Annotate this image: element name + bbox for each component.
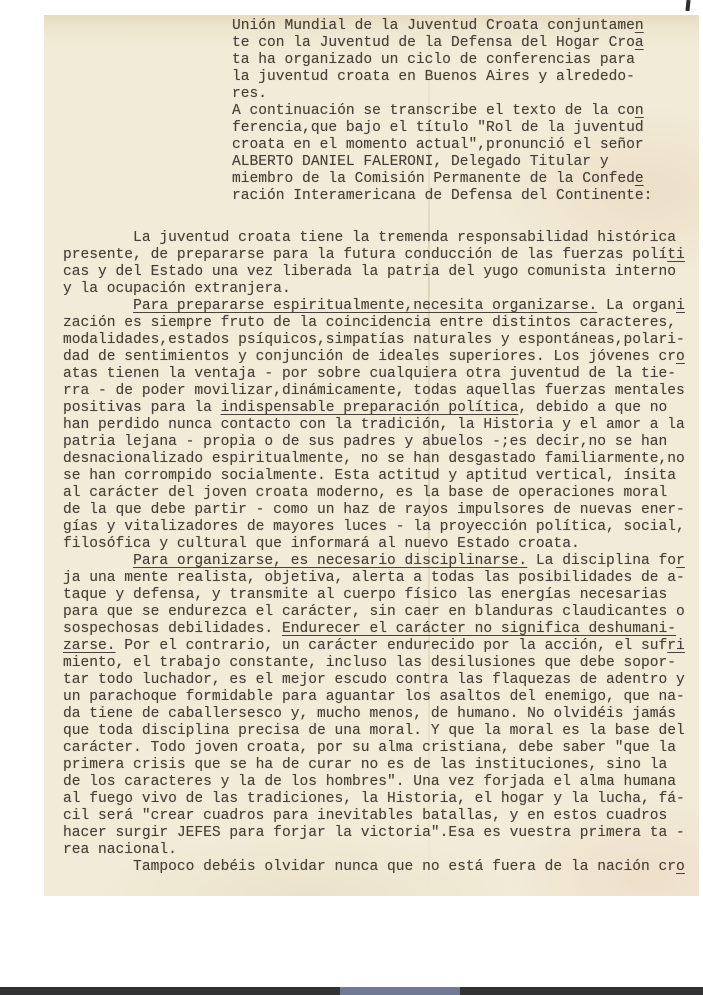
text-line: primera crisis que se ha de curar no es … bbox=[63, 757, 699, 774]
text-line: ración Interamericana de Defensa del Con… bbox=[232, 188, 692, 205]
underlined-text: o bbox=[676, 349, 685, 365]
text-segment: tar todo luchador, es el mejor escudo co… bbox=[63, 672, 685, 688]
text-line: filosófica y cultural que informará al n… bbox=[63, 536, 699, 553]
text-line: modalidades,estados psíquicos,simpatías … bbox=[63, 332, 699, 349]
text-segment: positivas para la bbox=[63, 400, 221, 416]
text-segment: primera crisis que se ha de curar no es … bbox=[63, 757, 667, 773]
text-segment: res. bbox=[232, 86, 267, 102]
text-line: rra - de poder movilizar,dinámicamente, … bbox=[63, 383, 699, 400]
text-segment: la juventud croata en Buenos Aires y alr… bbox=[232, 69, 635, 85]
text-segment: un parachoque formidable para aguantar l… bbox=[63, 689, 685, 705]
text-segment: se han corrompido socialmente. Esta acti… bbox=[63, 468, 676, 484]
text-segment: que toda disciplina precisa de una moral… bbox=[63, 723, 685, 739]
text-segment: ración Interamericana de Defensa del Con… bbox=[232, 188, 652, 204]
text-segment: atas tienen la ventaja - por sobre cualq… bbox=[63, 366, 676, 382]
text-segment: miento, el trabajo constante, incluso la… bbox=[63, 655, 676, 671]
text-segment: rea nacional. bbox=[63, 842, 177, 858]
text-line: de los caracteres y la de los hombres". … bbox=[63, 774, 699, 791]
text-segment: patria lejana - propia o de sus padres y… bbox=[63, 434, 667, 450]
text-segment bbox=[63, 298, 133, 314]
text-segment: ferencia,que bajo el título "Rol de la j… bbox=[232, 120, 644, 136]
header-paragraph-block: Unión Mundial de la Juventud Croata conj… bbox=[232, 18, 692, 205]
text-line: se han corrompido socialmente. Esta acti… bbox=[63, 468, 699, 485]
text-line: y la ocupación extranjera. bbox=[63, 281, 699, 298]
speech-body-block: La juventud croata tiene la tremenda res… bbox=[63, 230, 699, 876]
document-page: Unión Mundial de la Juventud Croata conj… bbox=[44, 15, 699, 896]
text-line: zarse. Por el contrario, un carácter end… bbox=[63, 638, 699, 655]
underlined-text: ri bbox=[667, 638, 685, 654]
text-line: A continuación se transcribe el texto de… bbox=[232, 103, 692, 120]
text-segment: croata en el momento actual",pronunció e… bbox=[232, 137, 644, 153]
text-segment: ta ha organizado un ciclo de conferencia… bbox=[232, 52, 635, 68]
text-line: La juventud croata tiene la tremenda res… bbox=[63, 230, 699, 247]
text-line: rea nacional. bbox=[63, 842, 699, 859]
text-line: positivas para la indispensable preparac… bbox=[63, 400, 699, 417]
text-line: ferencia,que bajo el título "Rol de la j… bbox=[232, 120, 692, 137]
text-line: atas tienen la ventaja - por sobre cualq… bbox=[63, 366, 699, 383]
text-segment: Tampoco debéis olvidar nunca que no está… bbox=[63, 859, 676, 875]
text-line: res. bbox=[232, 86, 692, 103]
text-segment: La juventud croata tiene la tremenda res… bbox=[63, 230, 676, 246]
text-line: han perdido nunca contacto con la tradic… bbox=[63, 417, 699, 434]
text-line: para que se endurezca el carácter, sin c… bbox=[63, 604, 699, 621]
text-segment: Por el contrario, un carácter endurecido… bbox=[116, 638, 668, 654]
underlined-text: Para prepararse espiritualmente,necesita… bbox=[133, 298, 597, 314]
text-segment: modalidades,estados psíquicos,simpatías … bbox=[63, 332, 685, 348]
text-segment: hacer surgir JEFES para forjar la victor… bbox=[63, 825, 685, 841]
text-line: te con la Juventud de la Defensa del Hog… bbox=[232, 35, 692, 52]
text-line: ja una mente realista, objetiva, alerta … bbox=[63, 570, 699, 587]
text-segment: La disciplina fo bbox=[527, 553, 676, 569]
text-segment: dad de sentimientos y conjunción de idea… bbox=[63, 349, 676, 365]
text-line: taque y defensa, y transmite al cuerpo f… bbox=[63, 587, 699, 604]
text-line: presente, de prepararse para la futura c… bbox=[63, 247, 699, 264]
underlined-text: Endurecer el carácter no significa deshu… bbox=[282, 621, 676, 637]
underlined-text: n bbox=[635, 103, 644, 119]
underlined-text: e bbox=[635, 171, 644, 187]
text-segment: Unión Mundial de la Juventud Croata conj… bbox=[232, 18, 635, 34]
text-line: da tiene de caballersesco y, mucho menos… bbox=[63, 706, 699, 723]
text-line: patria lejana - propia o de sus padres y… bbox=[63, 434, 699, 451]
text-line: ta ha organizado un ciclo de conferencia… bbox=[232, 52, 692, 69]
text-line: Tampoco debéis olvidar nunca que no está… bbox=[63, 859, 699, 876]
text-line: ALBERTO DANIEL FALERONI, Delegado Titula… bbox=[232, 154, 692, 171]
text-segment: al fuego vivo de las tradiciones, la His… bbox=[63, 791, 685, 807]
text-line: miento, el trabajo constante, incluso la… bbox=[63, 655, 699, 672]
text-segment: rra - de poder movilizar,dinámicamente, … bbox=[63, 383, 685, 399]
text-line: miembro de la Comisión Permanente de la … bbox=[232, 171, 692, 188]
text-segment: cas y del Estado una vez liberada la pat… bbox=[63, 264, 676, 280]
underlined-text: n bbox=[635, 18, 644, 34]
text-segment: da tiene de caballersesco y, mucho menos… bbox=[63, 706, 676, 722]
text-line: de la que debe partir - como un haz de r… bbox=[63, 502, 699, 519]
text-segment: A continuación se transcribe el texto de… bbox=[232, 103, 635, 119]
text-segment: miembro de la Comisión Permanente de la … bbox=[232, 171, 635, 187]
text-line: cas y del Estado una vez liberada la pat… bbox=[63, 264, 699, 281]
text-segment: de los caracteres y la de los hombres". … bbox=[63, 774, 676, 790]
text-segment: sospechosas debilidades. bbox=[63, 621, 282, 637]
text-segment: te con la Juventud de la Defensa del Hog… bbox=[232, 35, 635, 51]
text-segment: han perdido nunca contacto con la tradic… bbox=[63, 417, 685, 433]
text-segment: ALBERTO DANIEL FALERONI, Delegado Titula… bbox=[232, 154, 609, 170]
text-line: croata en el momento actual",pronunció e… bbox=[232, 137, 692, 154]
text-line: al carácter del joven croata moderno, es… bbox=[63, 485, 699, 502]
text-line: al fuego vivo de las tradiciones, la His… bbox=[63, 791, 699, 808]
text-segment: para que se endurezca el carácter, sin c… bbox=[63, 604, 685, 620]
text-line: hacer surgir JEFES para forjar la victor… bbox=[63, 825, 699, 842]
text-segment: carácter. Todo joven croata, por su alma… bbox=[63, 740, 676, 756]
text-segment: cil será "crear cuadros para inevitables… bbox=[63, 808, 667, 824]
text-line: cil será "crear cuadros para inevitables… bbox=[63, 808, 699, 825]
text-segment: y la ocupación extranjera. bbox=[63, 281, 291, 297]
underlined-text: zarse. bbox=[63, 638, 116, 654]
scan-bottom-edge-accent bbox=[340, 987, 460, 995]
text-segment: , debido a que no bbox=[518, 400, 667, 416]
text-segment: al carácter del joven croata moderno, es… bbox=[63, 485, 667, 501]
text-line: tar todo luchador, es el mejor escudo co… bbox=[63, 672, 699, 689]
scanned-document: Unión Mundial de la Juventud Croata conj… bbox=[0, 0, 703, 995]
underlined-text: indispensable preparación política bbox=[221, 400, 519, 416]
text-line: carácter. Todo joven croata, por su alma… bbox=[63, 740, 699, 757]
text-segment bbox=[63, 553, 133, 569]
text-line: zación es siempre fruto de la coincidenc… bbox=[63, 315, 699, 332]
text-line: un parachoque formidable para aguantar l… bbox=[63, 689, 699, 706]
text-line: Unión Mundial de la Juventud Croata conj… bbox=[232, 18, 692, 35]
text-segment: gías y vitalizadores de mayores luces - … bbox=[63, 519, 685, 535]
text-segment: taque y defensa, y transmite al cuerpo f… bbox=[63, 587, 667, 603]
scan-bottom-edge bbox=[0, 987, 703, 995]
text-line: Para prepararse espiritualmente,necesita… bbox=[63, 298, 699, 315]
text-line: sospechosas debilidades. Endurecer el ca… bbox=[63, 621, 699, 638]
text-segment: ja una mente realista, objetiva, alerta … bbox=[63, 570, 685, 586]
underlined-text: i bbox=[676, 298, 685, 314]
text-segment: presente, de prepararse para la futura c… bbox=[63, 247, 667, 263]
underlined-text: o bbox=[676, 859, 685, 875]
text-segment: filosófica y cultural que informará al n… bbox=[63, 536, 580, 552]
underlined-text: Para organizarse, es necesario disciplin… bbox=[133, 553, 527, 569]
text-line: la juventud croata en Buenos Aires y alr… bbox=[232, 69, 692, 86]
text-line: desnacionalizado espiritualmente, no se … bbox=[63, 451, 699, 468]
text-line: Para organizarse, es necesario disciplin… bbox=[63, 553, 699, 570]
text-line: gías y vitalizadores de mayores luces - … bbox=[63, 519, 699, 536]
text-segment: zación es siempre fruto de la coincidenc… bbox=[63, 315, 676, 331]
underlined-text: a bbox=[635, 35, 644, 51]
underlined-text: ti bbox=[667, 247, 685, 263]
text-segment: desnacionalizado espiritualmente, no se … bbox=[63, 451, 685, 467]
text-segment: La organ bbox=[597, 298, 676, 314]
text-line: que toda disciplina precisa de una moral… bbox=[63, 723, 699, 740]
underlined-text: r bbox=[676, 553, 685, 569]
text-segment: de la que debe partir - como un haz de r… bbox=[63, 502, 685, 518]
text-line: dad de sentimientos y conjunción de idea… bbox=[63, 349, 699, 366]
scan-artifact-mark bbox=[685, 0, 690, 11]
